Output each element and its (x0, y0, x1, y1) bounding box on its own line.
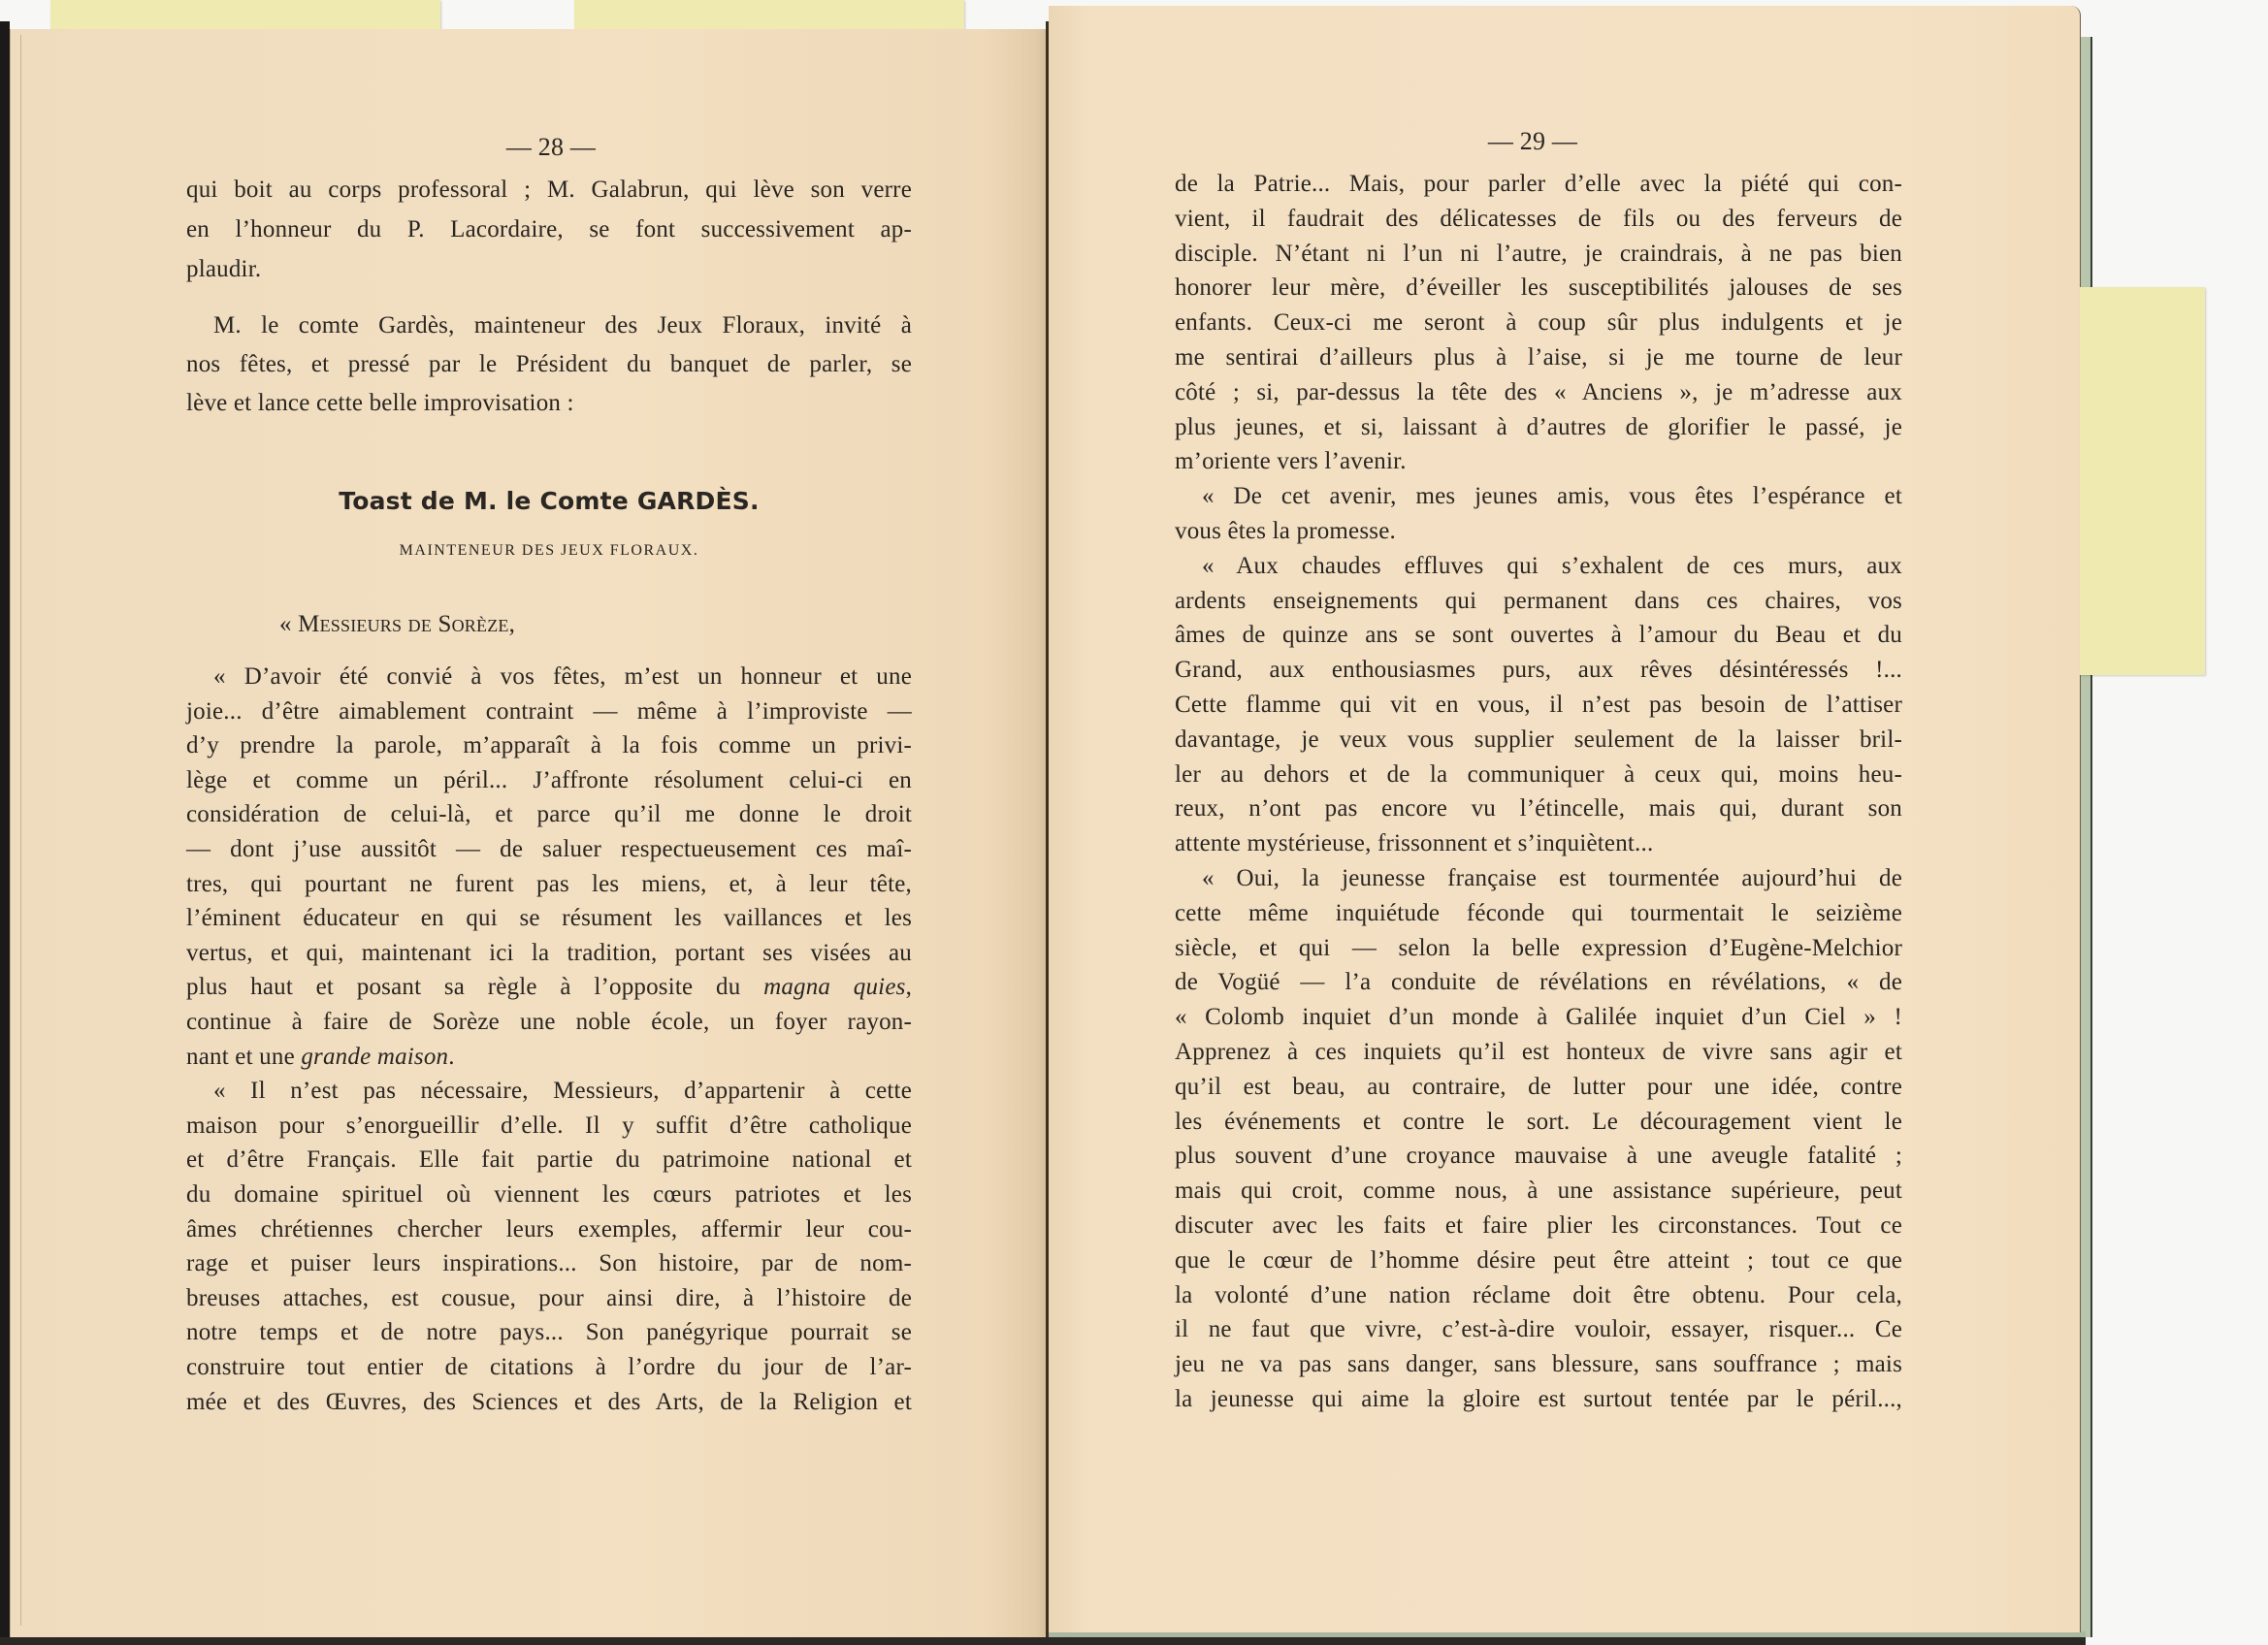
scanner-edge-left (0, 21, 10, 1645)
text-line: et d’être Français. Elle fait partie du … (186, 1146, 912, 1174)
text-line: davantage, je veux vous supplier seuleme… (1175, 726, 1902, 754)
text-line: enfants. Ceux-ci me seront à coup sûr pl… (1175, 309, 1902, 337)
toast-subtitle: MAINTENEUR DES JEUX FLORAUX. (186, 542, 912, 560)
text-line: qui boit au corps professoral ; M. Galab… (186, 177, 912, 204)
salutation: « Messieurs de Sorèze, (279, 611, 515, 638)
page-number-left: — 28 — (454, 133, 648, 162)
text-line: en l’honneur du P. Lacordaire, se font s… (186, 216, 912, 243)
text-line: plus haut et posant sa règle à l’opposit… (186, 974, 912, 1001)
text-line: vous êtes la promesse. (1175, 518, 1902, 545)
text-line: vertus, et qui, maintenant ici la tradit… (186, 940, 912, 967)
text-line: plus jeunes, et si, laissant à d’autres … (1175, 414, 1902, 441)
book-spine (1046, 21, 1049, 1639)
toast-title: Toast de M. le Comte GARDÈS. (186, 487, 912, 515)
text-line: de Vogüé — l’a conduite de révélations e… (1175, 969, 1902, 996)
text-line: cette même inquiétude féconde qui tourme… (1175, 900, 1902, 927)
text-line: l’éminent éducateur en qui se résument l… (186, 905, 912, 932)
text-line: lève et lance cette belle improvisation … (186, 390, 912, 417)
text-line: âmes de quinze ans se sont ouvertes à l’… (1175, 622, 1902, 649)
salutation-text: « Messieurs de Sorèze, (279, 611, 515, 637)
scanner-edge-bottom (0, 1637, 2086, 1645)
text-line: mais qui croit, comme nous, à une assist… (1175, 1177, 1902, 1205)
text-line: âmes chrétiennes chercher leurs exemples… (186, 1216, 912, 1243)
sticky-note-top-middle (574, 0, 964, 31)
text-line: m’oriente vers l’avenir. (1175, 448, 1902, 475)
sticky-note-right (2080, 287, 2205, 675)
sticky-note-top-left (50, 0, 440, 31)
text-line: de la Patrie... Mais, pour parler d’elle… (1175, 171, 1902, 198)
text-line: maison pour s’enorgueillir d’elle. Il y … (186, 1113, 912, 1140)
text-line: reux, n’ont pas encore vu l’étincelle, m… (1175, 795, 1902, 822)
text-line: ardents enseignements qui permanent dans… (1175, 588, 1902, 615)
text-line: honorer leur mère, d’éveiller les suscep… (1175, 274, 1902, 302)
text-line: Apprenez à ces inquiets qu’il est honteu… (1175, 1039, 1902, 1066)
text-line: siècle, et qui — selon la belle expressi… (1175, 935, 1902, 962)
text-line: jeu ne va pas sans danger, sans blessure… (1175, 1351, 1902, 1378)
text-line: « De cet avenir, mes jeunes amis, vous ê… (1202, 483, 1902, 510)
text-line: la volonté d’une nation réclame doit êtr… (1175, 1282, 1902, 1309)
text-line: il ne faut que vivre, c’est-à-dire voulo… (1175, 1316, 1902, 1343)
text-line: considération de celui-là, et parce qu’i… (186, 801, 912, 828)
text-line: nant et une grande maison. (186, 1044, 912, 1071)
text-line: plus souvent d’une croyance mauvaise à u… (1175, 1143, 1902, 1170)
page-number-right: — 29 — (1436, 127, 1630, 156)
text-line: du domaine spirituel où viennent les cœu… (186, 1181, 912, 1209)
text-line: continue à faire de Sorèze une noble éco… (186, 1009, 912, 1036)
text-line: Cette flamme qui vit en vous, il n’est p… (1175, 692, 1902, 719)
text-line: attente mystérieuse, frissonnent et s’in… (1175, 830, 1902, 857)
text-line: discuter avec les faits et faire plier l… (1175, 1212, 1902, 1240)
text-line: breuses attaches, est cousue, pour ainsi… (186, 1285, 912, 1312)
text-line: notre temps et de notre pays... Son pané… (186, 1319, 912, 1346)
text-line: côté ; si, par-dessus la tête des « Anci… (1175, 379, 1902, 406)
text-line: me sentirai d’ailleurs plus à l’aise, si… (1175, 344, 1902, 371)
text-line: d’y prendre la parole, m’apparaît à la f… (186, 732, 912, 759)
text-line: mée et des Œuvres, des Sciences et des A… (186, 1389, 912, 1416)
text-line: construire tout entier de citations à l’… (186, 1354, 912, 1381)
text-line: « Aux chaudes effluves qui s’exhalent de… (1202, 553, 1902, 580)
book-cover-edge (2080, 37, 2092, 1637)
text-line: « Colomb inquiet d’un monde à Galilée in… (1175, 1004, 1902, 1031)
text-line: — dont j’use aussitôt — de saluer respec… (186, 836, 912, 863)
text-line: lège et comme un péril... J’affronte rés… (186, 767, 912, 794)
text-line: plaudir. (186, 256, 912, 283)
text-line: ler au dehors et de la communiquer à ceu… (1175, 761, 1902, 789)
text-line: « Oui, la jeunesse française est tourmen… (1202, 865, 1902, 892)
text-line: joie... d’être aimablement contraint — m… (186, 698, 912, 726)
text-line: nos fêtes, et pressé par le Président du… (186, 351, 912, 378)
text-line: que le cœur de l’homme désire peut être … (1175, 1247, 1902, 1274)
text-line: vient, il faudrait des délicatesses de f… (1175, 206, 1902, 233)
text-line: Grand, aux enthousiasmes purs, aux rêves… (1175, 657, 1902, 684)
text-line: M. le comte Gardès, mainteneur des Jeux … (213, 312, 912, 339)
text-line: les événements et contre le sort. Le déc… (1175, 1109, 1902, 1136)
text-line: qu’il est beau, au contraire, de lutter … (1175, 1074, 1902, 1101)
text-line: disciple. N’étant ni l’un ni l’autre, je… (1175, 241, 1902, 268)
text-line: « D’avoir été convié à vos fêtes, m’est … (213, 663, 912, 691)
text-line: « Il n’est pas nécessaire, Messieurs, d’… (213, 1078, 912, 1105)
text-line: rage et puiser leurs inspirations... Son… (186, 1250, 912, 1277)
text-line: la jeunesse qui aime la gloire est surto… (1175, 1386, 1902, 1413)
text-line: tres, qui pourtant ne furent pas les mie… (186, 871, 912, 898)
